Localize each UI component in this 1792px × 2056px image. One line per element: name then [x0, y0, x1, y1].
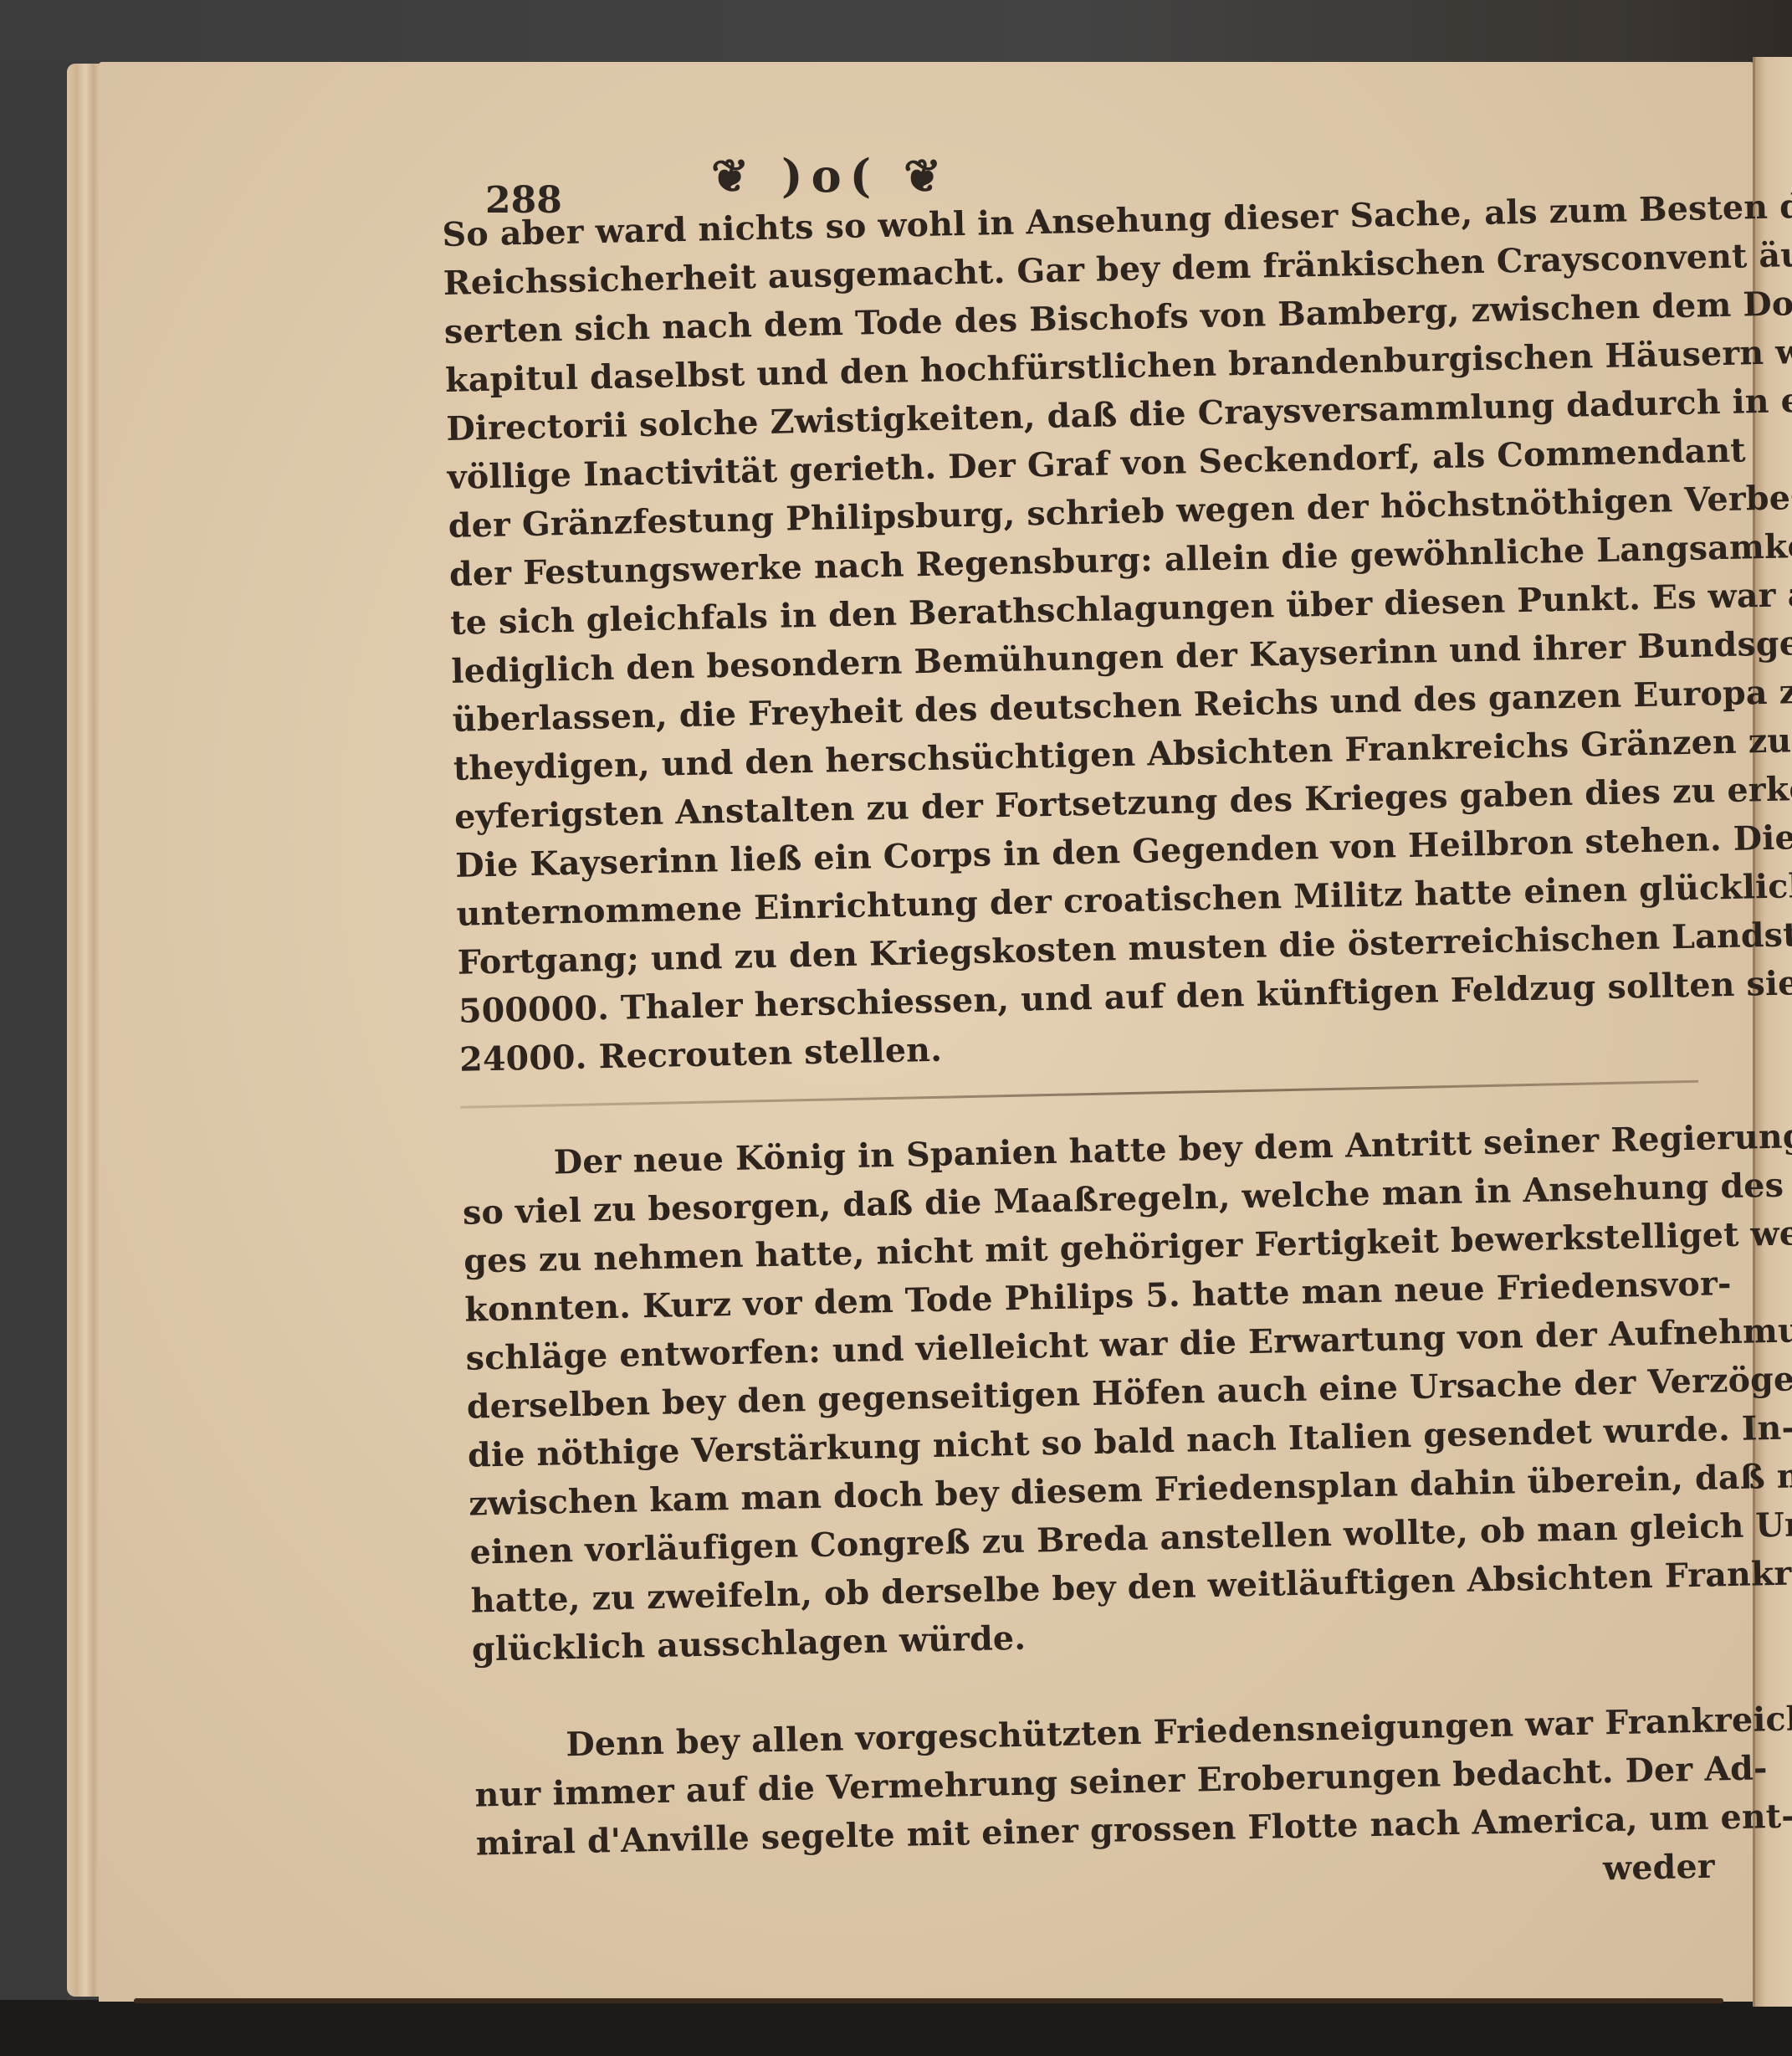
- scan-background-bottom: [0, 2000, 1792, 2056]
- scan-background-top: [0, 0, 1792, 63]
- section-rule: [460, 1080, 1698, 1109]
- paragraph-3: Denn bey allen vorgeschützten Friedensne…: [474, 1697, 1716, 1917]
- paragraph-1: So aber ward nichts so wohl in Ansehung …: [442, 185, 1698, 1084]
- page-bottom-edge: [134, 1998, 1723, 2003]
- header-ornament: ❦ )o( ❦: [711, 149, 950, 203]
- page-edges-stack: [67, 64, 100, 1997]
- paragraph-2: Der neue König in Spanien hatte bey dem …: [461, 1115, 1710, 1674]
- body-text: So aber ward nichts so wohl in Ansehung …: [442, 185, 1715, 1917]
